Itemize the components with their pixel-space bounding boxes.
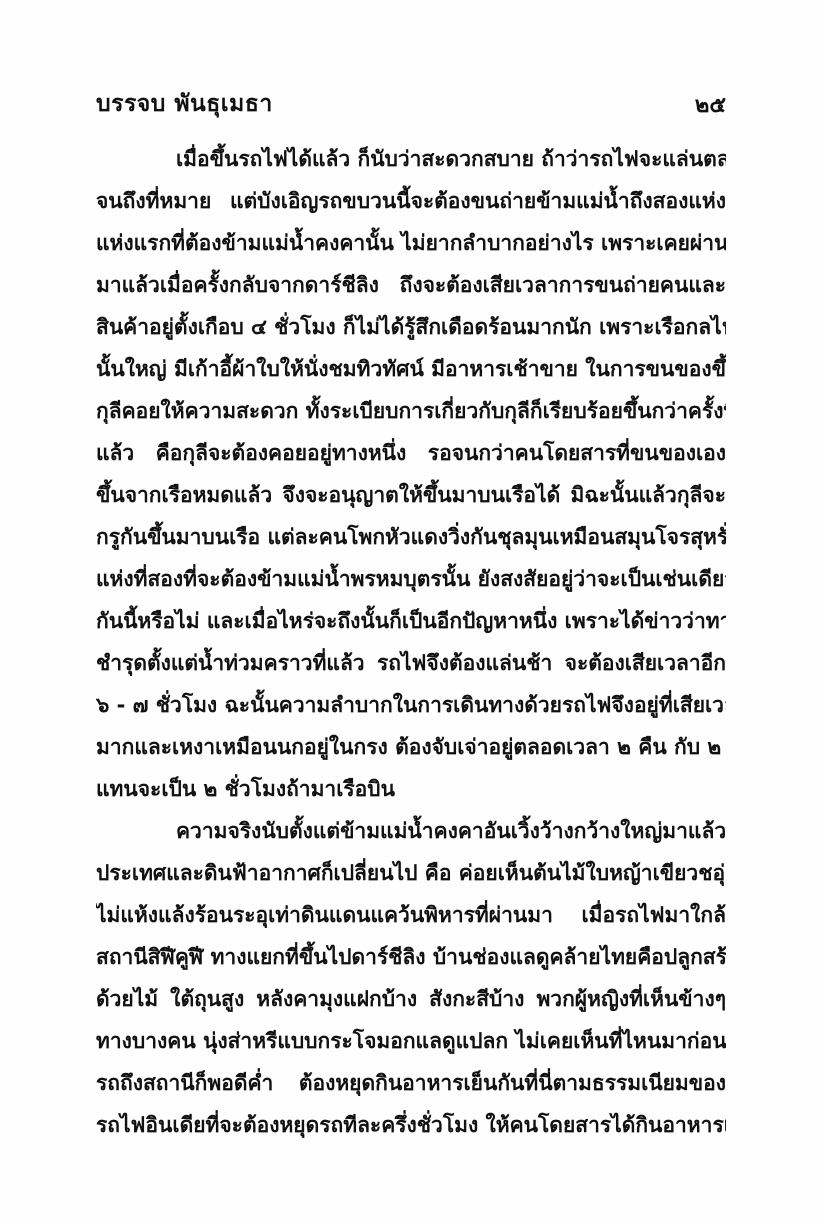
- text-line: นั้นใหญ่ มีเก้าอี้ผ้าใบให้นั่งชมทิวทัศน์…: [96, 348, 726, 390]
- text-line: ด้วยไม้ ใต้ถุนสูง หลังคามุงแฝกบ้าง สังกะ…: [96, 978, 726, 1020]
- running-title: บรรจบ พันธุเมธา: [96, 86, 273, 122]
- text-line: ประเทศและดินฟ้าอากาศก็เปลี่ยนไป คือ ค่อย…: [96, 852, 726, 894]
- text-line: รถไฟอินเดียที่จะต้องหยุดรถทีละครึ่งชั่วโ…: [96, 1104, 726, 1146]
- paragraph-1: เมื่อขึ้นรถไฟได้แล้ว ก็นับว่าสะดวกสบาย ถ…: [96, 138, 726, 810]
- text-line: แห่งที่สองที่จะต้องข้ามแม่น้ำพรหมบุตรนั้…: [96, 558, 726, 600]
- text-line: ขึ้นจากเรือหมดแล้ว จึงจะอนุญาตให้ขึ้นมาบ…: [96, 474, 726, 516]
- text-line: เมื่อขึ้นรถไฟได้แล้ว ก็นับว่าสะดวกสบาย ถ…: [96, 138, 726, 180]
- text-line: สินค้าอยู่ตั้งเกือบ ๔ ชั่วโมง ก็ไม่ได้รู…: [96, 306, 726, 348]
- text-line: กันนี้หรือไม่ และเมื่อไหร่จะถึงนั้นก็เป็…: [96, 600, 726, 642]
- text-line: แทนจะเป็น ๒ ชั่วโมงถ้ามาเรือบิน: [96, 768, 726, 810]
- text-line: ๖ - ๗ ชั่วโมง ฉะนั้นความลำบากในการเดินทา…: [96, 684, 726, 726]
- paragraph-2: ความจริงนับตั้งแต่ข้ามแม่น้ำคงคาอันเวิ้ง…: [96, 810, 726, 1146]
- text-line: กรูกันขึ้นมาบนเรือ แต่ละคนโพกหัวแดงวิ่งก…: [96, 516, 726, 558]
- text-line: มาแล้วเมื่อครั้งกลับจากดาร์ชีลิง ถึงจะต้…: [96, 264, 726, 306]
- page-number: ๒๕: [695, 87, 726, 122]
- text-line: สถานีสิฬีคูฬี ทางแยกที่ขึ้นไปดาร์ชีลิง บ…: [96, 936, 726, 978]
- text-line: รถถึงสถานีก็พอดีค่ำ ต้องหยุดกินอาหารเย็น…: [96, 1062, 726, 1104]
- text-line: ไม่แห้งแล้งร้อนระอุเท่าดินแดนแคว้นพิหารท…: [96, 894, 726, 936]
- text-line: แล้ว คือกุลีจะต้องคอยอยู่ทางหนึ่ง รอจนกว…: [96, 432, 726, 474]
- text-line: ความจริงนับตั้งแต่ข้ามแม่น้ำคงคาอันเวิ้ง…: [96, 810, 726, 852]
- text-line: แห่งแรกที่ต้องข้ามแม่น้ำคงคานั้น ไม่ยากล…: [96, 222, 726, 264]
- text-line: ทางบางคน นุ่งส่าหรีแบบกระโจมอกแลดูแปลก ไ…: [96, 1020, 726, 1062]
- text-line: จนถึงที่หมาย แต่บังเอิญรถขบวนนี้จะต้องขน…: [96, 180, 726, 222]
- text-line: กุลีคอยให้ความสะดวก ทั้งระเบียบการเกี่ยว…: [96, 390, 726, 432]
- body-text: เมื่อขึ้นรถไฟได้แล้ว ก็นับว่าสะดวกสบาย ถ…: [96, 138, 726, 1146]
- book-page: บรรจบ พันธุเมธา ๒๕ เมื่อขึ้นรถไฟได้แล้ว …: [0, 0, 822, 1218]
- page-header: บรรจบ พันธุเมธา ๒๕: [96, 86, 726, 122]
- text-line: ชำรุดตั้งแต่น้ำท่วมคราวที่แล้ว รถไฟจึงต้…: [96, 642, 726, 684]
- text-line: มากและเหงาเหมือนนกอยู่ในกรง ต้องจับเจ่าอ…: [96, 726, 726, 768]
